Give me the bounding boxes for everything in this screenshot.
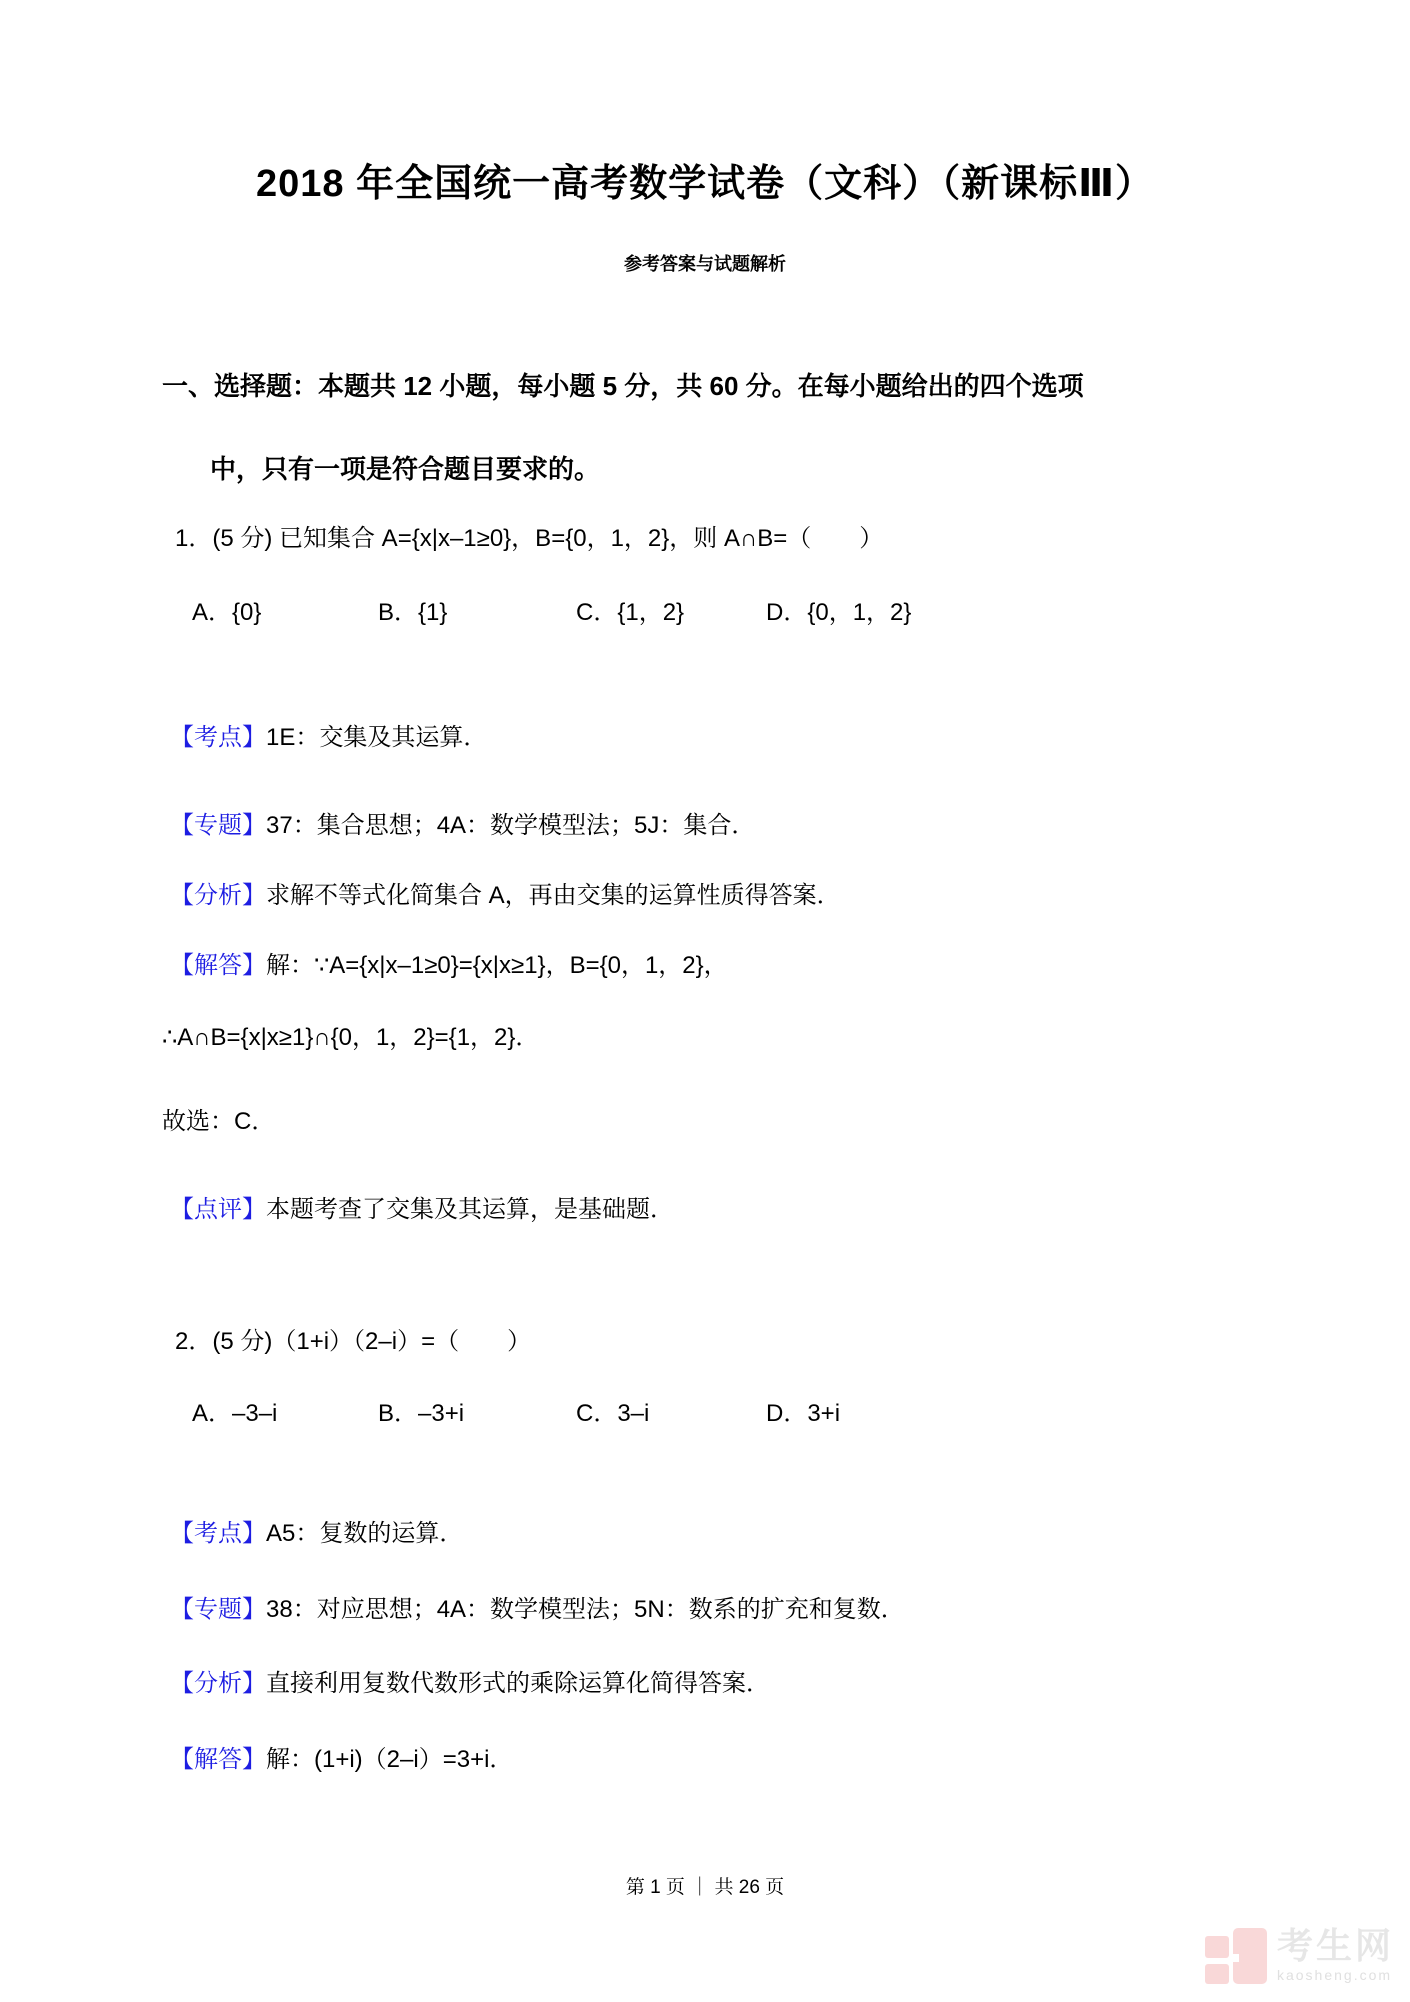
jieda-tag: 【解答】 (170, 952, 266, 979)
fenxi-text: 求解不等式化简集合 A，再由交集的运算性质得答案． (266, 882, 841, 909)
question-2-jieda: 【解答】解：(1+i)（2–i）=3+i． (170, 1744, 513, 1775)
section-heading-line2: 中，只有一项是符合题目要求的。 (210, 453, 600, 487)
zhuanti-text: 38：对应思想；4A：数学模型法；5N：数系的扩充和复数． (266, 1596, 905, 1623)
jieda-text: 解：(1+i)（2–i）=3+i． (266, 1746, 513, 1773)
fenxi-text: 直接利用复数代数形式的乘除运算化简得答案． (266, 1670, 770, 1697)
question-1-zhuanti: 【专题】37：集合思想；4A：数学模型法；5J：集合． (170, 810, 755, 841)
section-heading-line1: 一、选择题：本题共 12 小题，每小题 5 分，共 60 分。在每小题给出的四个… (162, 370, 1084, 404)
dianping-text: 本题考查了交集及其运算，是基础题． (266, 1196, 674, 1223)
question-1-option-b: B．{1} (378, 597, 447, 628)
question-2-kaodian: 【考点】A5：复数的运算． (170, 1518, 463, 1549)
kaodian-text: A5：复数的运算． (266, 1520, 463, 1547)
jieda-tag: 【解答】 (170, 1746, 266, 1773)
exam-paper-page: 2018 年全国统一高考数学试卷（文科）（新课标Ⅲ） 参考答案与试题解析 一、选… (0, 0, 1410, 2002)
kaosheng-logo-icon (1205, 1928, 1267, 1984)
question-1-option-d: D．{0，1，2} (766, 597, 911, 628)
page-subtitle: 参考答案与试题解析 (0, 253, 1410, 276)
question-1-stem: 1．(5 分) 已知集合 A={x|x–1≥0}，B={0，1，2}，则 A∩B… (175, 523, 883, 554)
question-1-fenxi: 【分析】求解不等式化简集合 A，再由交集的运算性质得答案． (170, 880, 841, 911)
question-1-dianping: 【点评】本题考查了交集及其运算，是基础题． (170, 1194, 674, 1225)
kaodian-tag: 【考点】 (170, 724, 266, 751)
jieda-text: 解：∵A={x|x–1≥0}={x|x≥1}，B={0，1，2}， (266, 952, 728, 979)
dianping-tag: 【点评】 (170, 1196, 266, 1223)
watermark-brand: 考生网 (1277, 1928, 1394, 1964)
question-1-options: A．{0} B．{1} C．{1，2} D．{0，1，2} (0, 597, 1410, 631)
fenxi-tag: 【分析】 (170, 1670, 266, 1697)
kaosheng-watermark: 考生网 kaosheng.com (1205, 1928, 1394, 1984)
fenxi-tag: 【分析】 (170, 882, 266, 909)
question-1-option-a: A．{0} (192, 597, 261, 628)
question-1-kaodian: 【考点】1E：交集及其运算． (170, 722, 487, 753)
question-2-option-b: B．–3+i (378, 1398, 464, 1429)
page-title: 2018 年全国统一高考数学试卷（文科）（新课标Ⅲ） (0, 160, 1410, 209)
question-2-option-a: A．–3–i (192, 1398, 277, 1429)
question-1-answer: 故选：C． (162, 1106, 275, 1137)
question-2-option-c: C．3–i (576, 1398, 649, 1429)
question-2-zhuanti: 【专题】38：对应思想；4A：数学模型法；5N：数系的扩充和复数． (170, 1594, 905, 1625)
question-1-jieda: 【解答】解：∵A={x|x–1≥0}={x|x≥1}，B={0，1，2}， (170, 950, 728, 981)
question-2-options: A．–3–i B．–3+i C．3–i D．3+i (0, 1398, 1410, 1432)
watermark-domain: kaosheng.com (1277, 1967, 1392, 1983)
question-2-option-d: D．3+i (766, 1398, 840, 1429)
page-number-footer: 第 1 页 ｜ 共 26 页 (0, 1876, 1410, 1901)
zhuanti-tag: 【专题】 (170, 1596, 266, 1623)
question-1-solution-line2: ∴A∩B={x|x≥1}∩{0，1，2}={1，2}． (162, 1022, 539, 1053)
zhuanti-text: 37：集合思想；4A：数学模型法；5J：集合． (266, 812, 755, 839)
zhuanti-tag: 【专题】 (170, 812, 266, 839)
question-1-option-c: C．{1，2} (576, 597, 684, 628)
question-2-fenxi: 【分析】直接利用复数代数形式的乘除运算化简得答案． (170, 1668, 770, 1699)
question-2-stem: 2．(5 分)（1+i）（2–i）=（ ） (175, 1326, 531, 1357)
kaodian-text: 1E：交集及其运算． (266, 724, 487, 751)
kaodian-tag: 【考点】 (170, 1520, 266, 1547)
